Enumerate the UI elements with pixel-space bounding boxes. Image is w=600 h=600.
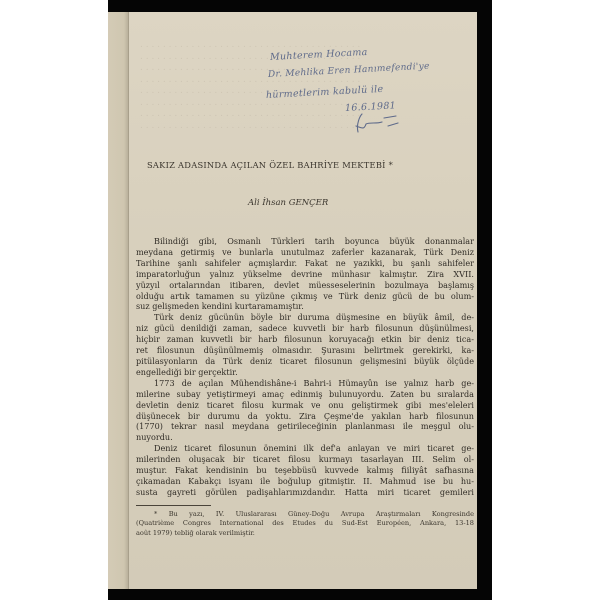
text-line: pitülasyonların da Türk deniz ticaret fi… [136,356,474,367]
text-line: milerine subay yetiştirmeyi amaç edinmiş… [136,389,474,400]
article-body: Bilindiği gibi, Osmanlı Türkleri tarih b… [136,236,474,498]
text-line: düşünecek bir durumu da yoktu. Zira Çeşm… [136,411,474,422]
text-line: Tarihine şanlı sahifeler açmışlardır. Fa… [136,258,474,269]
text-line: Türk deniz gücünün böyle bir duruma düşm… [136,312,474,323]
text-line: milerinden oluşacak bir ticaret filosu k… [136,454,474,465]
paragraph: Deniz ticaret filosunun önemini ilk def'… [136,443,474,498]
text-line: olduğu artık tamamen su yüzüne çıkmış ve… [136,291,474,302]
footnote-line: * Bu yazı, IV. Uluslararası Güney-Doğu A… [136,510,474,519]
footnote-line: août 1979) tebliğ olarak verilmiştir. [136,529,474,538]
paragraph: Türk deniz gücünün böyle bir duruma düşm… [136,312,474,377]
text-line: Deniz ticaret filosunun önemini ilk def'… [136,443,474,454]
article-title: SAKIZ ADASINDA AÇILAN ÖZEL BAHRİYE MEKTE… [147,160,467,170]
text-line: çıkamadan Kabakçı isyanı ile boğulup git… [136,476,474,487]
footnote-line: (Quatrième Congres International des Etu… [136,519,474,528]
text-line: nuyordu. [136,432,474,443]
footnote: * Bu yazı, IV. Uluslararası Güney-Doğu A… [136,510,474,538]
paragraph: Bilindiği gibi, Osmanlı Türkleri tarih b… [136,236,474,312]
text-line: susta gayreti görülen padişahlarımızdand… [136,487,474,498]
signature-icon [352,110,402,136]
text-line: 1773 de açılan Mühendishâne-i Bahri-i Hü… [136,378,474,389]
text-line: Bilindiği gibi, Osmanlı Türkleri tarih b… [136,236,474,247]
text-line: engellediği bir gerçektir. [136,367,474,378]
text-line: (1770) tekrar nasıl meydana getirileceği… [136,421,474,432]
text-line: hiçbir zaman kuvvetli bir harb filosunun… [136,334,474,345]
paragraph: 1773 de açılan Mühendishâne-i Bahri-i Hü… [136,378,474,443]
text-line: yüzyıl ortalarından itibaren, devlet müe… [136,280,474,291]
text-line: devletin deniz ticaret filosu kurmak ve … [136,400,474,411]
text-line: suz gelişmeden kendini kurtaramamıştır. [136,301,474,312]
binding-gutter [108,12,129,589]
text-line: ret filosunun düşünülmemiş olmasıdır. Şu… [136,345,474,356]
text-line: imparatorluğun yalnız yükselme devrine m… [136,269,474,280]
footnote-divider [136,505,211,506]
text-line: meydana getirmiş ve bunlarla unutulmaz z… [136,247,474,258]
article-author: Ali İhsan GENÇER [248,198,328,208]
text-line: niz gücü denildiği zaman, sadece kuvvetl… [136,323,474,334]
text-line: muştur. Fakat kendisinin bu teşebbüsü ku… [136,465,474,476]
